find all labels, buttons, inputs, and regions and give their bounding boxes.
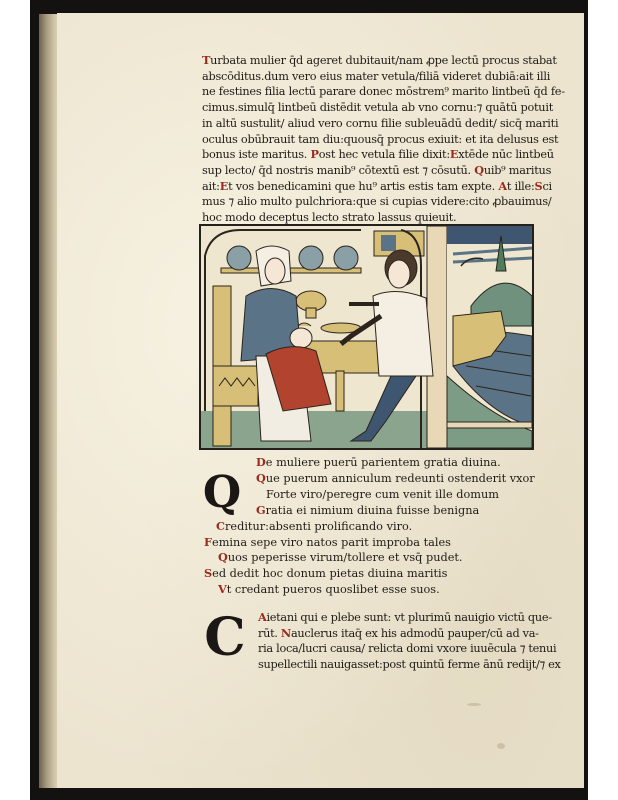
- prose-line: sup lecto/ q̄d nostris manib⁹ cōtextū es…: [202, 163, 542, 179]
- woodcut-scene-icon: [201, 226, 532, 448]
- rubric-initial: T: [202, 53, 210, 67]
- rubric-initial: F: [204, 535, 212, 549]
- verse-line: Gratia ei nimium diuina fuisse benigna: [196, 503, 556, 519]
- verse-text: reditur:absenti prolificando viro.: [225, 520, 412, 533]
- prose-block: Turbata mulier q̄d ageret dubitauit/nam …: [202, 53, 542, 226]
- verse-line: Forte viro/peregre cum venit ille domum: [196, 487, 556, 503]
- decorated-initial-c: C: [200, 607, 250, 667]
- prose-text: auclerus itaq̄ ex his admodū pauper/cū a…: [291, 627, 539, 640]
- page-gutter-edge: [39, 14, 59, 788]
- prose-text: oculus obūbrauit tam diu:quousq̄ procus …: [202, 133, 558, 146]
- prose-line: ait:Et vos benedicamini que hu⁹ artis es…: [202, 179, 542, 195]
- rubric-initial: E: [220, 179, 228, 193]
- verse-text: uos peperisse virum/tollere et vsq̄ pude…: [228, 551, 463, 564]
- foxing-spot: [467, 703, 481, 706]
- prose-text: in altū sustulit/ aliud vero cornu filie…: [202, 117, 558, 130]
- rubric-initial: D: [256, 455, 266, 469]
- rubric-initial: Q: [256, 471, 266, 485]
- prose-text: t vos benedicamini que hu⁹ artis estis t…: [228, 180, 498, 193]
- verse-text: e muliere puerū parientem gratia diuina.: [266, 456, 501, 469]
- verse-line: Sed dedit hoc donum pietas diuina mariti…: [196, 566, 556, 582]
- rubric-initial: A: [498, 179, 507, 193]
- verse-line: Creditur:absenti prolificando viro.: [196, 519, 556, 535]
- verse-block: De muliere puerū parientem gratia diuina…: [196, 455, 556, 598]
- prose-line: Turbata mulier q̄d ageret dubitauit/nam …: [202, 53, 542, 69]
- prose-text: xtēde nūc lintbeū: [458, 148, 554, 161]
- prose-text: urbata mulier q̄d ageret dubitauit/nam ꝓ…: [210, 54, 557, 67]
- prose-text: mus ⁊ alio multo pulchriora:que si cupia…: [202, 195, 551, 208]
- prose-line: rūt. Nauclerus itaq̄ ex his admodū paupe…: [258, 626, 558, 642]
- rubric-initial: P: [310, 147, 318, 161]
- prose-text: bonus iste maritus.: [202, 148, 310, 161]
- prose-text: t ille:: [507, 180, 535, 193]
- verse-text: ue puerum anniculum redeunti ostenderit …: [266, 472, 535, 485]
- prose-text: ria loca/lucri causa/ relicta domi vxore…: [258, 642, 556, 655]
- prose-text: hoc modo deceptus lecto strato lassus qu…: [202, 211, 456, 224]
- verse-line: Que puerum anniculum redeunti ostenderit…: [196, 471, 556, 487]
- verse-line: Vt credant pueros quoslibet esse suos.: [196, 582, 556, 598]
- rubric-initial: S: [204, 566, 212, 580]
- verse-line: De muliere puerū parientem gratia diuina…: [196, 455, 556, 471]
- prose-text: uib⁹ maritus: [484, 164, 551, 177]
- prose-text: ci: [542, 180, 551, 193]
- prose-line: ne festines filia lectū parare donec mōs…: [202, 84, 542, 100]
- prose-line: in altū sustulit/ aliud vero cornu filie…: [202, 116, 542, 132]
- foxing-spot: [497, 743, 505, 749]
- prose-text: rūt.: [258, 627, 281, 640]
- rubric-initial: G: [256, 503, 266, 517]
- rubric-initial: V: [218, 582, 227, 596]
- rubric-initial: N: [281, 626, 291, 640]
- verse-text: t credant pueros quoslibet esse suos.: [227, 583, 440, 596]
- prose-line: mus ⁊ alio multo pulchriora:que si cupia…: [202, 194, 542, 210]
- rubric-initial: E: [450, 147, 458, 161]
- prose-text: abscōditus.dum vero eius mater vetula/fi…: [202, 70, 550, 83]
- prose-line: oculus obūbrauit tam diu:quousq̄ procus …: [202, 132, 542, 148]
- prose-text: supellectili nauigasset:post quintū ferm…: [258, 658, 561, 671]
- prose-text: ost hec vetula filie dixit:: [319, 148, 450, 161]
- verse-text: ed dedit hoc donum pietas diuina maritis: [212, 567, 447, 580]
- prose-line: abscōditus.dum vero eius mater vetula/fi…: [202, 69, 542, 85]
- prose-line: ria loca/lucri causa/ relicta domi vxore…: [258, 641, 558, 657]
- verse-line: Quos peperisse virum/tollere et vsq̄ pud…: [196, 550, 556, 566]
- final-paragraph: Aietani qui e plebe sunt: vt plurimū nau…: [258, 610, 558, 673]
- prose-text: ietani qui e plebe sunt: vt plurimū naui…: [266, 611, 551, 624]
- prose-text: ne festines filia lectū parare donec mōs…: [202, 85, 565, 98]
- prose-text: ait:: [202, 180, 220, 193]
- prose-text: cimus.simulq̄ lintbeū distēdit vetula ab…: [202, 101, 553, 114]
- verse-text: emina sepe viro natos parit improba tale…: [212, 536, 451, 549]
- woodcut-illustration: [199, 224, 534, 450]
- prose-text: sup lecto/ q̄d nostris manib⁹ cōtextū es…: [202, 164, 474, 177]
- verse-text: Forte viro/peregre cum venit ille domum: [266, 488, 499, 501]
- verse-line: Femina sepe viro natos parit improba tal…: [196, 535, 556, 551]
- rubric-initial: Q: [218, 550, 228, 564]
- verse-text: ratia ei nimium diuina fuisse benigna: [266, 504, 480, 517]
- prose-line: cimus.simulq̄ lintbeū distēdit vetula ab…: [202, 100, 542, 116]
- prose-line: supellectili nauigasset:post quintū ferm…: [258, 657, 558, 673]
- prose-line: Aietani qui e plebe sunt: vt plurimū nau…: [258, 610, 558, 626]
- prose-line: bonus iste maritus. Post hec vetula fili…: [202, 147, 542, 163]
- rubric-initial: Q: [474, 163, 484, 177]
- rubric-initial: C: [216, 519, 225, 533]
